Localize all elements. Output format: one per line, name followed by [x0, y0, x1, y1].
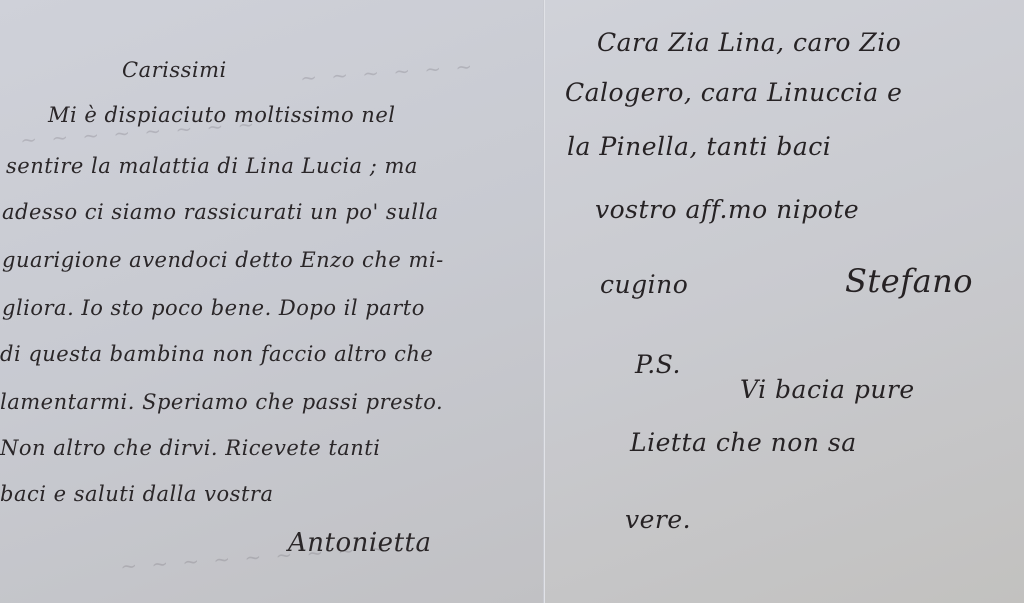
left-page: ~ ~ ~ ~ ~ ~ ~ ~ ~ ~ ~ ~ ~ ~ ~ ~ ~ ~ ~ ~ … — [0, 0, 545, 603]
letter-line: di questa bambina non faccio altro che — [0, 342, 433, 366]
postscript-line: Vi bacia pure — [740, 375, 915, 404]
ink-bleed-through: ~ ~ ~ ~ ~ ~ — [299, 54, 477, 90]
letter-line: cugino — [600, 270, 688, 299]
letter-line: Calogero, cara Linuccia e — [565, 78, 902, 107]
letter-line: lamentarmi. Speriamo che passi presto. — [0, 390, 443, 414]
postscript-line: Lietta che non sa — [630, 428, 857, 457]
postscript-label: P.S. — [635, 350, 681, 379]
letter-line: vostro aff.mo nipote — [595, 195, 859, 224]
signature-antonietta: Antonietta — [288, 528, 431, 558]
letter-line: la Pinella, tanti baci — [567, 132, 831, 161]
letter-line: Cara Zia Lina, caro Zio — [597, 28, 901, 57]
right-page: Cara Zia Lina, caro Zio Calogero, cara L… — [545, 0, 1024, 603]
letter-line: guarigione avendoci detto Enzo che mi- — [2, 248, 444, 272]
letter-line: adesso ci siamo rassicurati un po' sulla — [2, 200, 439, 224]
letter-line: sentire la malattia di Lina Lucia ; ma — [6, 154, 418, 178]
letter-line: Non altro che dirvi. Ricevete tanti — [0, 436, 380, 460]
signature-stefano: Stefano — [845, 262, 973, 300]
letter-salutation: Carissimi — [122, 58, 227, 82]
letter-line: gliora. Io sto poco bene. Dopo il parto — [2, 296, 425, 320]
postscript-line: vere. — [625, 505, 691, 534]
letter-line: baci e saluti dalla vostra — [0, 482, 273, 506]
letter-line: Mi è dispiaciuto moltissimo nel — [48, 103, 395, 127]
